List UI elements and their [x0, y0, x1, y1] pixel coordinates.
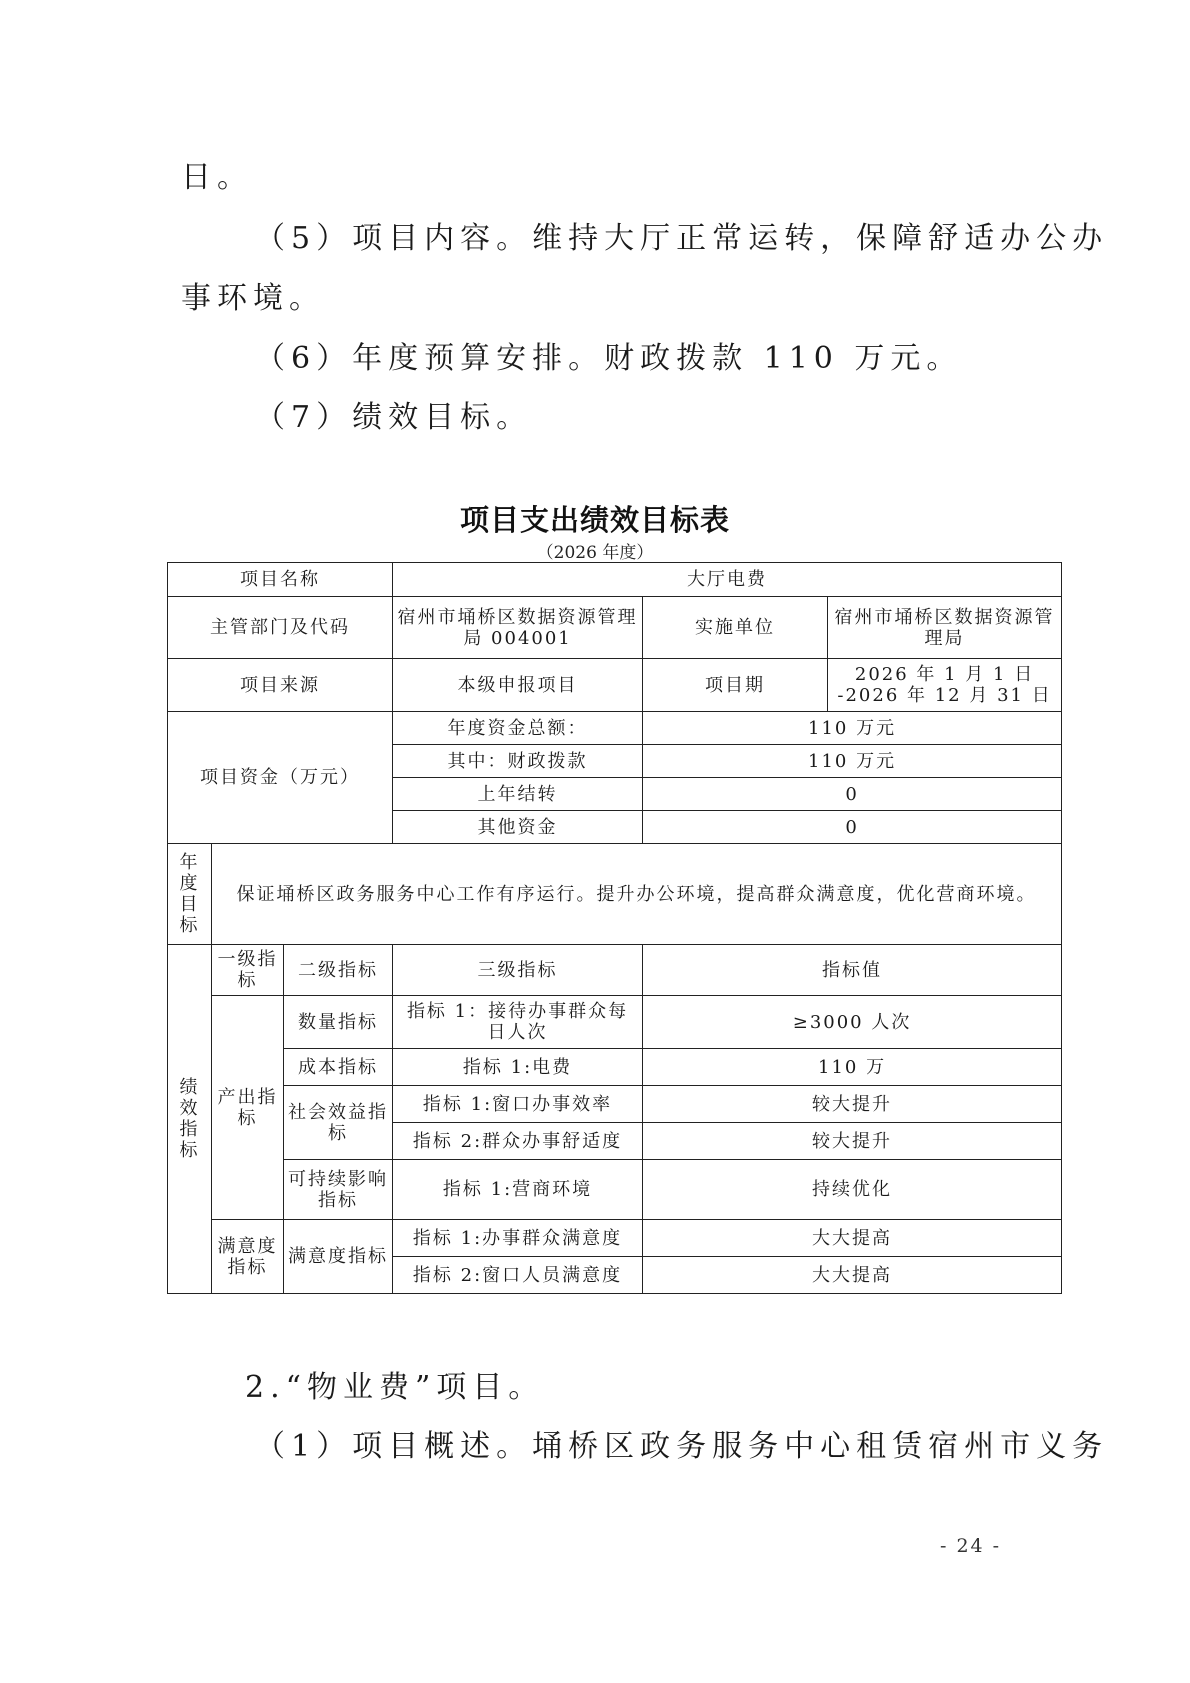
period-label: 项目期	[643, 659, 828, 712]
dept-value: 宿州市埇桥区数据资源管理局 004001	[393, 597, 643, 659]
annual-goal-label: 年度目标	[168, 844, 212, 945]
indicator-value: 较大提升	[643, 1086, 1062, 1123]
source-label: 项目来源	[168, 659, 393, 712]
paragraph-item-5-cont: 事环境。	[181, 279, 325, 319]
funds-total-label: 年度资金总额：	[393, 712, 643, 745]
indicator-name: 指标 1:电费	[393, 1049, 643, 1086]
section-2-paragraph-1: （1）项目概述。埇桥区政务服务中心租赁宿州市义务	[255, 1427, 1108, 1467]
period-value: 2026 年 1 月 1 日 -2026 年 12 月 31 日	[828, 659, 1062, 712]
funds-label: 项目资金（万元）	[168, 712, 393, 844]
indicator-value: 大大提高	[643, 1220, 1062, 1257]
funds-total-value: 110 万元	[643, 712, 1062, 745]
indicator-name: 指标 1:窗口办事效率	[393, 1086, 643, 1123]
paragraph-line-1: 日。	[181, 158, 253, 198]
paragraph-item-6: （6）年度预算安排。财政拨款 110 万元。	[255, 339, 962, 379]
level1-output: 产出指标	[212, 996, 284, 1220]
dept-label: 主管部门及代码	[168, 597, 393, 659]
table-title: 项目支出绩效目标表	[0, 498, 1190, 539]
source-value: 本级申报项目	[393, 659, 643, 712]
level2-quantity: 数量指标	[284, 996, 393, 1049]
paragraph-item-7: （7）绩效目标。	[255, 398, 532, 438]
indicator-name: 指标 2:窗口人员满意度	[393, 1257, 643, 1294]
period-end: -2026 年 12 月 31 日	[832, 685, 1057, 706]
level2-social: 社会效益指标	[284, 1086, 393, 1160]
perf-indicator-label: 绩效指标	[168, 945, 212, 1294]
indicator-name: 指标 1：接待办事群众每日人次	[393, 996, 643, 1049]
funds-other-value: 0	[643, 811, 1062, 844]
level2-sustain: 可持续影响指标	[284, 1160, 393, 1220]
level2-satisfaction: 满意度指标	[284, 1220, 393, 1294]
impl-unit-label: 实施单位	[643, 597, 828, 659]
project-name-value: 大厅电费	[393, 563, 1062, 597]
header-level3: 三级指标	[393, 945, 643, 996]
funds-carryover-label: 上年结转	[393, 778, 643, 811]
funds-carryover-value: 0	[643, 778, 1062, 811]
impl-unit-value: 宿州市埇桥区数据资源管理局	[828, 597, 1062, 659]
indicator-value: ≥3000 人次	[643, 996, 1062, 1049]
indicator-name: 指标 1:营商环境	[393, 1160, 643, 1220]
indicator-value: 较大提升	[643, 1123, 1062, 1160]
funds-fiscal-label: 其中：财政拨款	[393, 745, 643, 778]
performance-target-table: 项目名称 大厅电费 主管部门及代码 宿州市埇桥区数据资源管理局 004001 实…	[167, 562, 1062, 1294]
page-number: - 24 -	[940, 1535, 1001, 1557]
funds-fiscal-value: 110 万元	[643, 745, 1062, 778]
table-subtitle: （2026 年度）	[0, 538, 1190, 563]
header-level1: 一级指标	[212, 945, 284, 996]
header-level2: 二级指标	[284, 945, 393, 996]
indicator-value: 110 万	[643, 1049, 1062, 1086]
header-value: 指标值	[643, 945, 1062, 996]
paragraph-item-5: （5）项目内容。维持大厅正常运转，保障舒适办公办	[255, 219, 1108, 259]
funds-other-label: 其他资金	[393, 811, 643, 844]
annual-goal-value: 保证埇桥区政务服务中心工作有序运行。提升办公环境，提高群众满意度，优化营商环境。	[212, 844, 1062, 945]
project-name-label: 项目名称	[168, 563, 393, 597]
indicator-name: 指标 1:办事群众满意度	[393, 1220, 643, 1257]
level1-satisfaction: 满意度指标	[212, 1220, 284, 1294]
section-2-heading: 2.“物业费”项目。	[245, 1368, 544, 1408]
indicator-name: 指标 2:群众办事舒适度	[393, 1123, 643, 1160]
period-start: 2026 年 1 月 1 日	[832, 664, 1057, 685]
indicator-value: 持续优化	[643, 1160, 1062, 1220]
level2-cost: 成本指标	[284, 1049, 393, 1086]
indicator-value: 大大提高	[643, 1257, 1062, 1294]
